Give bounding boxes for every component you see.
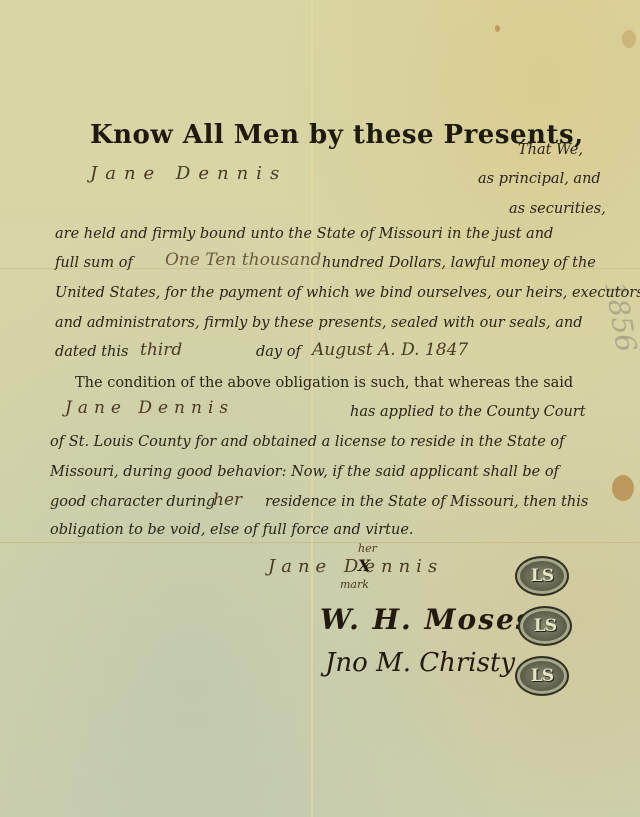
- securities-label: as securities,: [509, 201, 606, 217]
- principal-name: Jane Dennis: [90, 163, 287, 184]
- text-line: day of: [256, 344, 301, 360]
- text-line: are held and firmly bound unto the State…: [55, 226, 553, 242]
- condition-line: has applied to the County Court: [350, 404, 586, 420]
- amount-handwritten: One Ten thousand: [165, 250, 321, 270]
- signature-jno-m-christy: Jno M. Christy: [325, 648, 515, 678]
- condition-line: residence in the State of Missouri, then…: [265, 494, 588, 510]
- condition-line: of St. Louis County for and obtained a l…: [50, 434, 565, 450]
- ls-seal: LS: [518, 606, 572, 646]
- title-tail: That We,: [518, 142, 583, 158]
- condition-line: Missouri, during good behavior: Now, if …: [50, 464, 559, 480]
- text-line: and administrators, firmly by these pres…: [55, 315, 583, 331]
- ls-seal: LS: [515, 656, 569, 696]
- stain: [622, 30, 636, 48]
- text-line: full sum of: [55, 255, 133, 271]
- text-line: hundred Dollars, lawful money of the: [322, 255, 596, 271]
- signature-annotation: her: [358, 542, 377, 555]
- title-blackletter: Know All Men by these Presents,: [90, 120, 584, 150]
- day-handwritten: third: [140, 340, 182, 360]
- text-line: dated this: [55, 344, 128, 360]
- document-page: 1856 Know All Men by these Presents, Tha…: [0, 0, 640, 817]
- condition-line: obligation to be void, else of full forc…: [50, 522, 414, 538]
- pronoun-handwritten: her: [213, 490, 242, 510]
- condition-line: good character during: [50, 494, 215, 510]
- signature-mark: X: [358, 556, 370, 575]
- fold-line-horizontal: [0, 542, 640, 543]
- stain: [495, 25, 500, 32]
- signature-annotation: mark: [340, 578, 369, 591]
- applicant-name: Jane Dennis: [65, 398, 234, 418]
- stain: [612, 475, 634, 501]
- condition-line: The condition of the above obligation is…: [75, 375, 573, 391]
- text-line: United States, for the payment of which …: [55, 285, 640, 301]
- date-handwritten: August A. D. 1847: [312, 340, 468, 360]
- signature-w-h-moses: W. H. Moses: [320, 603, 534, 636]
- signature-jane-dennis: Jane Dennis: [268, 556, 443, 577]
- ls-seal: LS: [515, 556, 569, 596]
- principal-label: as principal, and: [478, 171, 601, 187]
